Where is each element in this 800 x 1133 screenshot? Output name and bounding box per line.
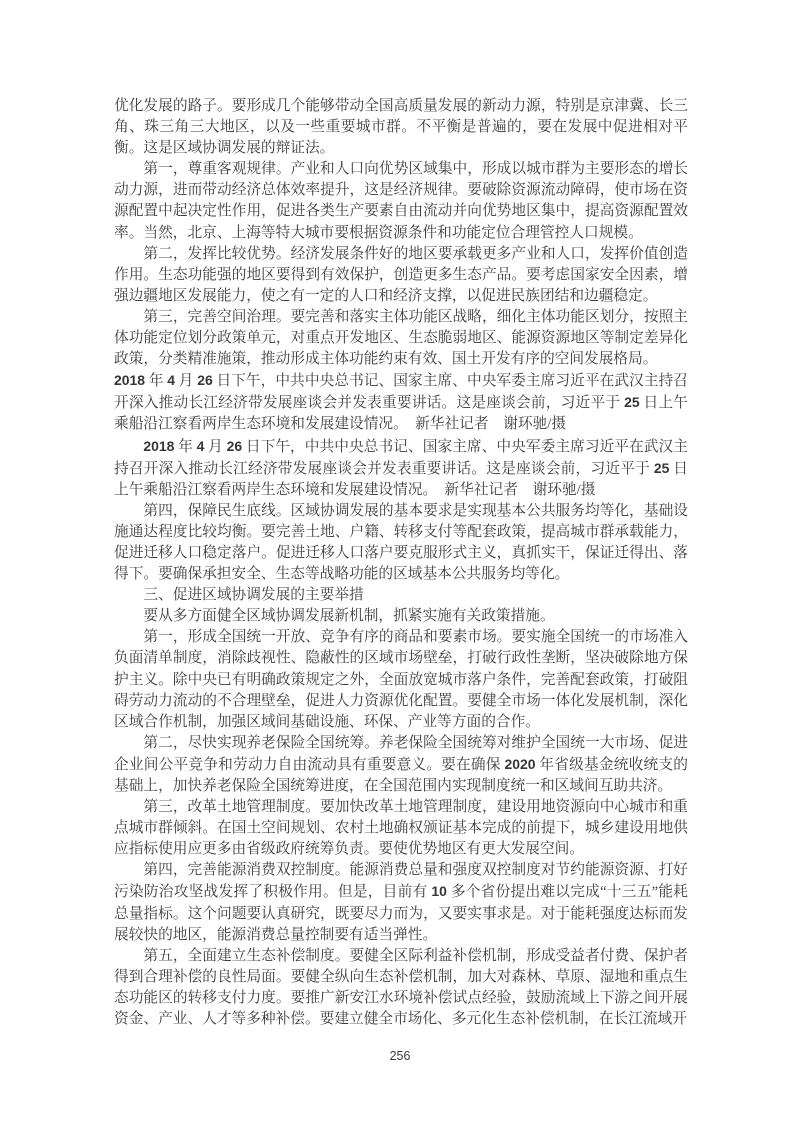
photo-caption: 2018 年 4 月 26 日下午，中共中央总书记、国家主席、中央军委主席习近平… <box>114 370 688 435</box>
document-page: 优化发展的路子。要形成几个能够带动全国高质量发展的新动力源，特别是京津冀、长三角… <box>0 0 800 1133</box>
body-paragraph: 第一，尊重客观规律。产业和人口向优势区域集中，形成以城市群为主要形态的增长动力源… <box>114 159 688 243</box>
numeral: 10 <box>431 883 447 899</box>
numeral: 2018 <box>143 438 174 454</box>
numeral: 4 <box>197 438 205 454</box>
body-paragraph: 第五，全面建立生态补偿制度。要健全区际利益补偿机制，形成受益者付费、保护者得到合… <box>114 946 688 1030</box>
numeral: 25 <box>624 394 640 410</box>
text-body: 优化发展的路子。要形成几个能够带动全国高质量发展的新动力源，特别是京津冀、长三角… <box>114 96 688 1030</box>
numeral: 25 <box>654 460 670 476</box>
body-paragraph: 第一，形成全国统一开放、竞争有序的商品和要素市场。要实施全国统一的市场准入负面清… <box>114 627 688 732</box>
section-heading: 三、促进区域协调发展的主要举措 <box>114 585 688 606</box>
numeral: 26 <box>227 438 243 454</box>
body-paragraph: 第二，发挥比较优势。经济发展条件好的地区要承载更多产业和人口，发挥价值创造作用。… <box>114 244 688 307</box>
numeral: 2018 <box>114 372 145 388</box>
numeral: 26 <box>197 372 213 388</box>
body-paragraph: 第二，尽快实现养老保险全国统筹。养老保险全国统筹对维护全国统一大市场、促进企业间… <box>114 733 688 797</box>
page-number: 256 <box>0 1049 800 1063</box>
photo-caption: 2018 年 4 月 26 日下午，中共中央总书记、国家主席、中央军委主席习近平… <box>114 436 688 501</box>
body-paragraph: 要从多方面健全区域协调发展新机制，抓紧实施有关政策措施。 <box>114 606 688 627</box>
body-paragraph: 第三，完善空间治理。要完善和落实主体功能区战略，细化主体功能区划分，按照主体功能… <box>114 307 688 370</box>
body-paragraph: 优化发展的路子。要形成几个能够带动全国高质量发展的新动力源，特别是京津冀、长三角… <box>114 96 688 159</box>
body-paragraph: 第四，完善能源消费双控制度。能源消费总量和强度双控制度对节约能源资源、打好污染防… <box>114 860 688 945</box>
numeral: 2020 <box>505 756 536 772</box>
body-paragraph: 第四，保障民生底线。区域协调发展的基本要求是实现基本公共服务均等化，基础设施通达… <box>114 501 688 585</box>
body-paragraph: 第三，改革土地管理制度。要加快改革土地管理制度，建设用地资源向中心城市和重点城市… <box>114 797 688 860</box>
numeral: 4 <box>167 372 175 388</box>
